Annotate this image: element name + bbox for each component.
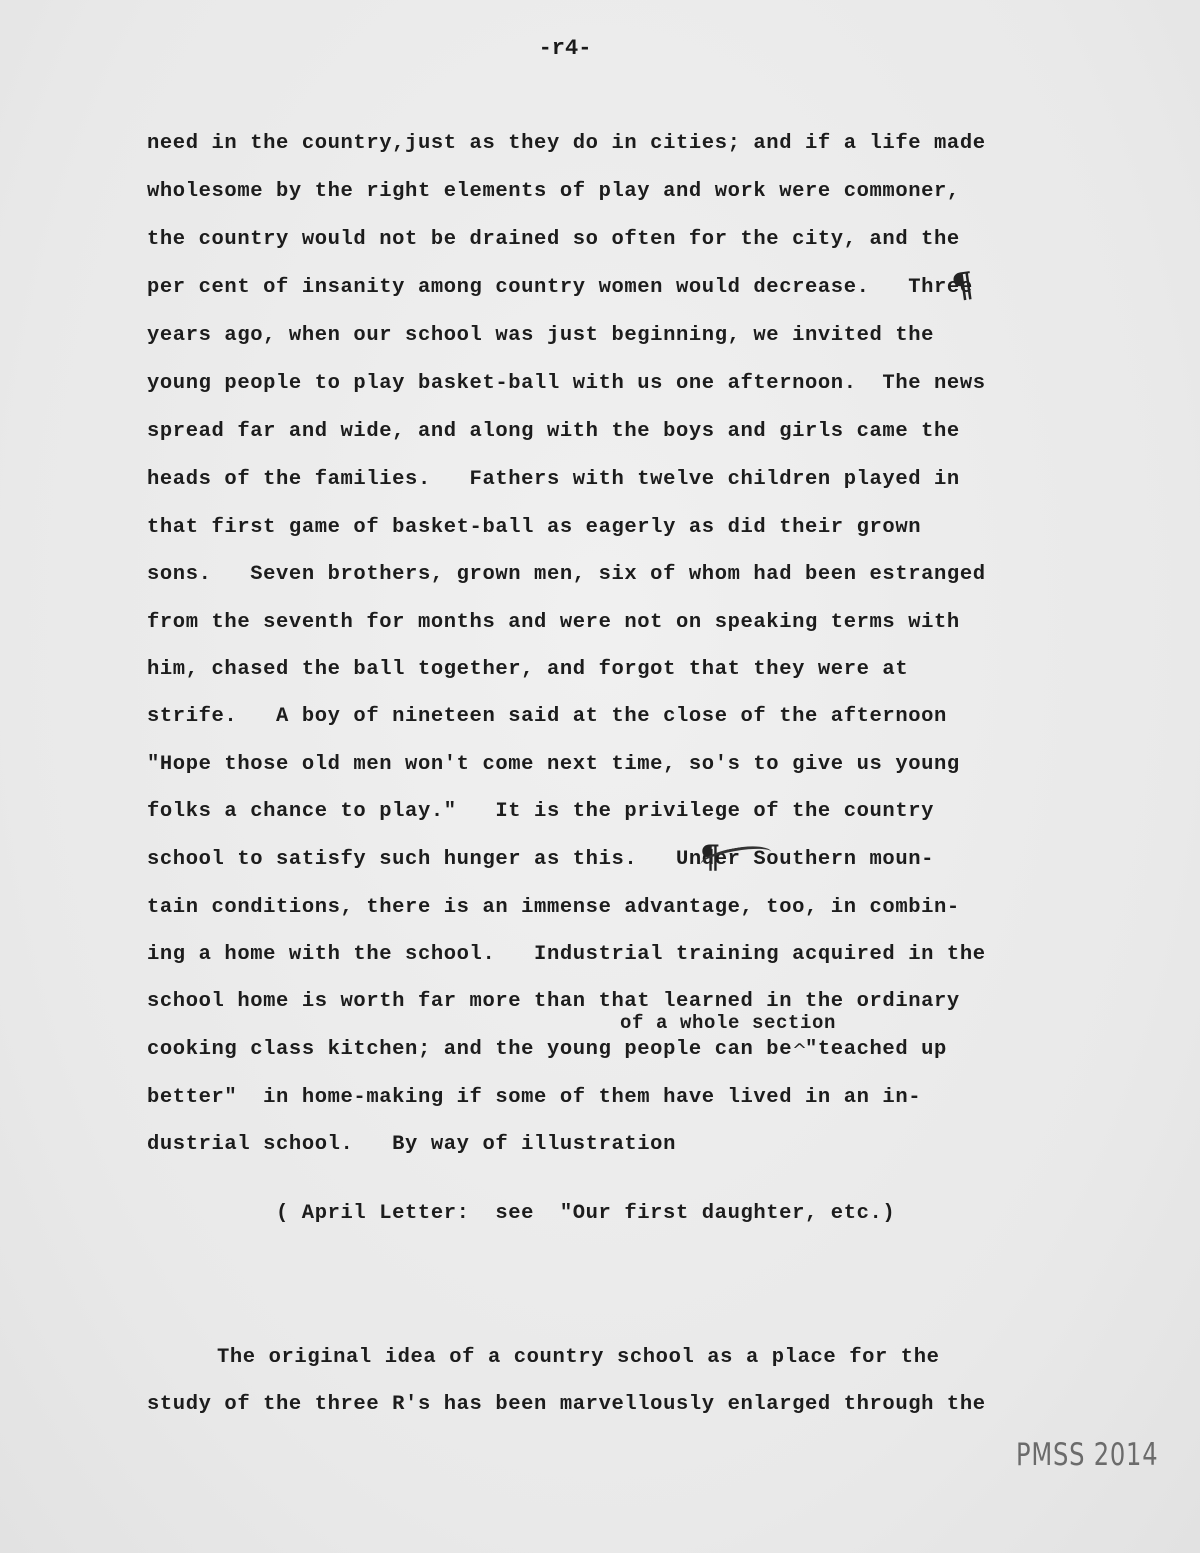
- text-line: per cent of insanity among country women…: [147, 276, 973, 299]
- archive-watermark: PMSS 2014: [1016, 1437, 1158, 1473]
- text-line: folks a chance to play." It is the privi…: [147, 800, 934, 823]
- text-line: The original idea of a country school as…: [217, 1346, 940, 1369]
- text-line: "Hope those old men won't come next time…: [147, 753, 960, 776]
- text-line: that first game of basket-ball as eagerl…: [147, 516, 921, 539]
- interlinear-insertion: of a whole section: [620, 1012, 836, 1034]
- page-number: -r4-: [0, 36, 1130, 61]
- text-line: spread far and wide, and along with the …: [147, 420, 960, 443]
- insertion-caret-icon: ^: [792, 1040, 807, 1061]
- text-line: better" in home-making if some of them h…: [147, 1086, 921, 1109]
- text-line: him, chased the ball together, and forgo…: [147, 658, 908, 681]
- text-line: years ago, when our school was just begi…: [147, 324, 934, 347]
- text-line: school to satisfy such hunger as this. U…: [147, 848, 934, 871]
- reference-note: ( April Letter: see "Our first daughter,…: [276, 1202, 895, 1225]
- text-line: young people to play basket-ball with us…: [147, 372, 986, 395]
- text-line: the country would not be drained so ofte…: [147, 228, 960, 251]
- text-line: strife. A boy of nineteen said at the cl…: [147, 705, 947, 728]
- text-line: school home is worth far more than that …: [147, 990, 960, 1013]
- text-line: ing a home with the school. Industrial t…: [147, 943, 986, 966]
- text-line: need in the country,just as they do in c…: [147, 132, 986, 155]
- text-line: sons. Seven brothers, grown men, six of …: [147, 563, 986, 586]
- paragraph-mark-icon: ¶: [949, 265, 976, 308]
- text-line: tain conditions, there is an immense adv…: [147, 896, 960, 919]
- text-line: study of the three R's has been marvello…: [147, 1393, 986, 1416]
- text-line: dustrial school. By way of illustration: [147, 1133, 676, 1156]
- text-line: cooking class kitchen; and the young peo…: [147, 1038, 947, 1061]
- text-line: wholesome by the right elements of play …: [147, 180, 960, 203]
- text-line: heads of the families. Fathers with twel…: [147, 468, 960, 491]
- text-line: from the seventh for months and were not…: [147, 611, 960, 634]
- document-page: -r4- need in the country,just as they do…: [0, 0, 1200, 1553]
